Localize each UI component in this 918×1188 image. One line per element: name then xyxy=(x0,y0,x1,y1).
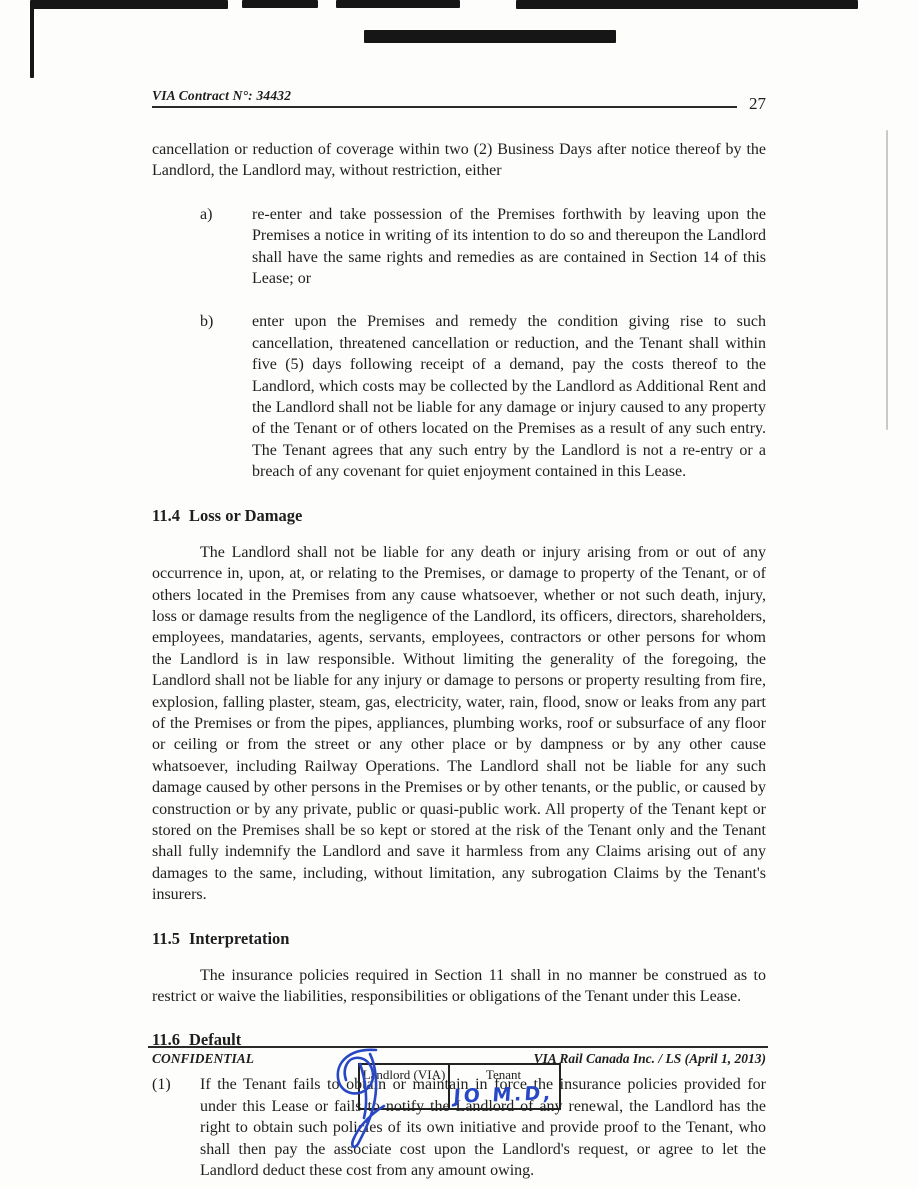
landlord-label: Landlord (VIA) xyxy=(363,1067,446,1082)
scanned-document-page: VIA Contract N°: 34432 27 cancellation o… xyxy=(0,0,918,1188)
section-11-4-title: Loss or Damage xyxy=(189,506,302,525)
section-11-4-heading: 11.4Loss or Damage xyxy=(152,506,766,526)
section-11-5-heading: 11.5Interpretation xyxy=(152,929,766,949)
section-11-4-body: The Landlord shall not be liable for any… xyxy=(152,542,766,906)
scan-artifact-left-line xyxy=(30,0,34,78)
default-item-1-label: (1) xyxy=(152,1074,200,1181)
scan-artifact-top-bar-2 xyxy=(242,0,318,8)
list-item-a-label: a) xyxy=(152,204,252,290)
section-11-5-body: The insurance policies required in Secti… xyxy=(152,965,766,1008)
scan-artifact-top-bar-3 xyxy=(336,0,460,8)
landlord-signature-cell: Landlord (VIA) xyxy=(360,1065,450,1108)
intro-paragraph: cancellation or reduction of coverage wi… xyxy=(152,139,766,182)
footer-company-label: VIA Rail Canada Inc. / LS (April 1, 2013… xyxy=(533,1051,766,1067)
list-item-b-label: b) xyxy=(152,311,252,482)
section-11-4-number: 11.4 xyxy=(152,506,180,525)
document-content: VIA Contract N°: 34432 27 cancellation o… xyxy=(152,88,766,1181)
section-11-5-number: 11.5 xyxy=(152,929,180,948)
confidential-label: CONFIDENTIAL xyxy=(152,1051,254,1067)
footer-rule xyxy=(148,1046,768,1048)
scan-artifact-top-bar-4 xyxy=(516,0,858,9)
tenant-initials-handwriting: JO M.D, xyxy=(449,1082,557,1108)
page-number: 27 xyxy=(739,94,766,114)
list-item-a-text: re-enter and take possession of the Prem… xyxy=(252,204,766,290)
tenant-label: Tenant xyxy=(486,1067,521,1082)
contract-number-label: VIA Contract N°: 34432 xyxy=(152,88,291,108)
scan-artifact-right-line xyxy=(886,130,888,430)
page-header: VIA Contract N°: 34432 27 xyxy=(152,88,766,108)
list-item-a: a) re-enter and take possession of the P… xyxy=(152,204,766,290)
list-item-b: b) enter upon the Premises and remedy th… xyxy=(152,311,766,482)
list-item-b-text: enter upon the Premises and remedy the c… xyxy=(252,311,766,482)
scan-artifact-top-bar-1 xyxy=(32,0,228,9)
section-11-5-title: Interpretation xyxy=(189,929,290,948)
scan-artifact-mid-blob xyxy=(364,30,616,43)
signature-box: Landlord (VIA) Tenant JO M.D, xyxy=(358,1063,561,1110)
tenant-signature-cell: Tenant JO M.D, xyxy=(450,1065,557,1108)
